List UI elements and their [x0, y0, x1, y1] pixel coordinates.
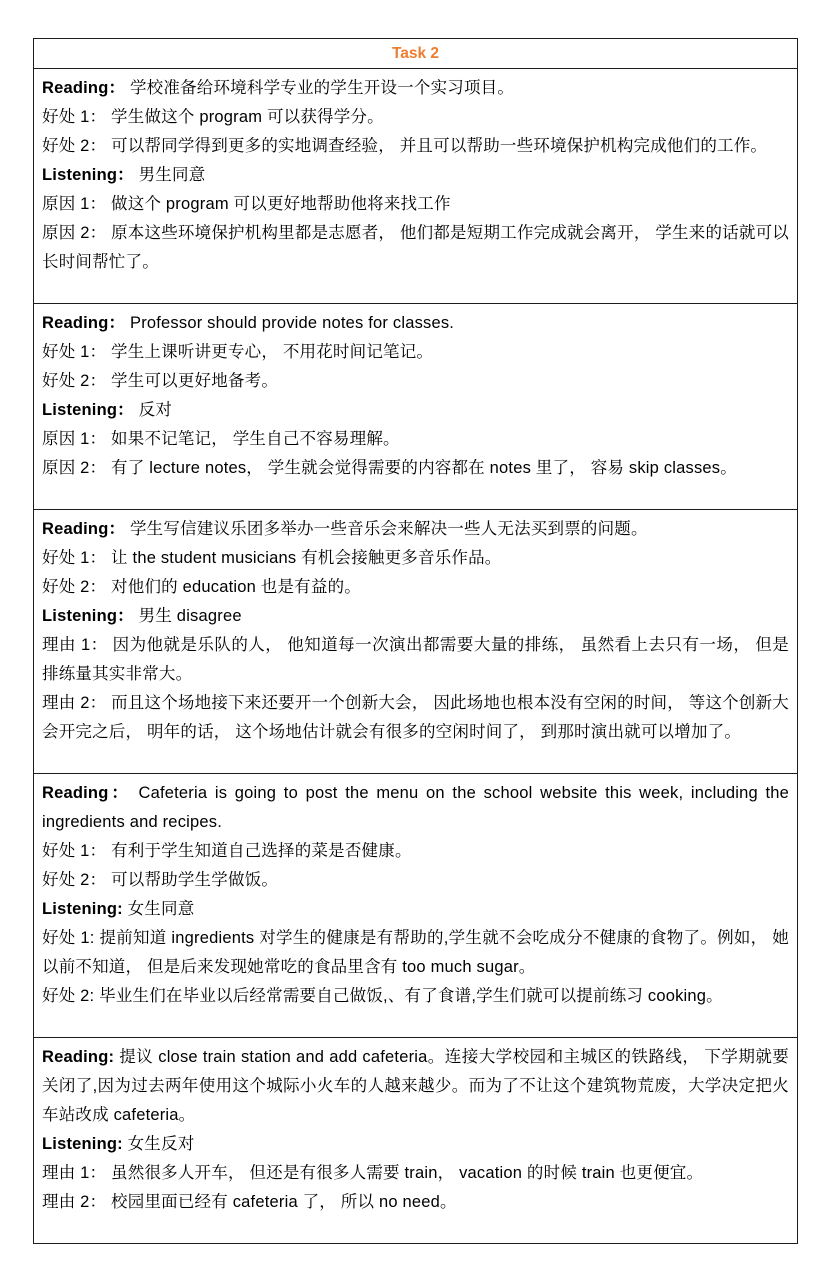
paragraph-label: Listening：: [42, 166, 134, 184]
paragraph-text: 原因 2： 原本这些环境保护机构里都是志愿者， 他们都是短期工作完成就会离开， …: [42, 224, 789, 271]
paragraph-text: 好处 1： 有利于学生知道自己选择的菜是否健康。: [42, 842, 412, 860]
paragraph: 好处 2： 学生可以更好地备考。: [42, 367, 789, 396]
paragraph: 原因 1： 如果不记笔记， 学生自己不容易理解。: [42, 425, 789, 454]
paragraph: Reading： 学校准备给环境科学专业的学生开设一个实习项目。: [42, 74, 789, 103]
paragraph-label: Reading：: [42, 784, 131, 802]
paragraph: 理由 1： 因为他就是乐队的人， 他知道每一次演出都需要大量的排练， 虽然看上去…: [42, 631, 789, 689]
paragraph-text: 学生写信建议乐团多举办一些音乐会来解决一些人无法买到票的问题。: [125, 520, 647, 538]
sections-container: Reading： 学校准备给环境科学专业的学生开设一个实习项目。好处 1： 学生…: [34, 69, 797, 1243]
paragraph-text: 女生反对: [123, 1135, 195, 1153]
paragraph-text: 男生同意: [134, 166, 206, 184]
paragraph-label: Listening:: [42, 900, 123, 918]
paragraph-text: 好处 2： 可以帮助学生学做饭。: [42, 871, 278, 889]
paragraph: 理由 1： 虽然很多人开车， 但还是有很多人需要 train， vacation…: [42, 1159, 789, 1188]
section-row: Reading： 学校准备给环境科学专业的学生开设一个实习项目。好处 1： 学生…: [34, 69, 797, 304]
paragraph: 好处 1： 让 the student musicians 有机会接触更多音乐作…: [42, 544, 789, 573]
paragraph-label: Listening：: [42, 401, 134, 419]
paragraph-text: 好处 1： 学生上课听讲更专心， 不用花时间记笔记。: [42, 343, 433, 361]
task-title: Task 2: [392, 45, 439, 63]
paragraph: 好处 2： 对他们的 education 也是有益的。: [42, 573, 789, 602]
paragraph-label: Reading：: [42, 520, 125, 538]
paragraph: Reading: 提议 close train station and add …: [42, 1043, 789, 1130]
paragraph-label: Listening:: [42, 1135, 123, 1153]
paragraph-text: 男生 disagree: [134, 607, 242, 625]
paragraph: 好处 1： 学生上课听讲更专心， 不用花时间记笔记。: [42, 338, 789, 367]
paragraph: 好处 2: 毕业生们在毕业以后经常需要自己做饭,、有了食谱,学生们就可以提前练习…: [42, 982, 789, 1011]
paragraph: 好处 1： 有利于学生知道自己选择的菜是否健康。: [42, 837, 789, 866]
paragraph-text: 好处 2： 学生可以更好地备考。: [42, 372, 278, 390]
paragraph: 原因 1： 做这个 program 可以更好地帮助他将来找工作: [42, 190, 789, 219]
paragraph: 理由 2： 校园里面已经有 cafeteria 了， 所以 no need。: [42, 1188, 789, 1217]
paragraph-text: Cafeteria is going to post the menu on t…: [42, 784, 789, 831]
paragraph: Reading： 学生写信建议乐团多举办一些音乐会来解决一些人无法买到票的问题。: [42, 515, 789, 544]
paragraph: 原因 2： 有了 lecture notes， 学生就会觉得需要的内容都在 no…: [42, 454, 789, 483]
paragraph: 好处 2： 可以帮同学得到更多的实地调查经验， 并且可以帮助一些环境保护机构完成…: [42, 132, 789, 161]
paragraph-text: 好处 2： 对他们的 education 也是有益的。: [42, 578, 361, 596]
paragraph: 好处 1： 学生做这个 program 可以获得学分。: [42, 103, 789, 132]
paragraph: 原因 2： 原本这些环境保护机构里都是志愿者， 他们都是短期工作完成就会离开， …: [42, 219, 789, 277]
paragraph-text: 好处 1： 学生做这个 program 可以获得学分。: [42, 108, 384, 126]
task-header-row: Task 2: [34, 39, 797, 69]
paragraph-text: 理由 1： 虽然很多人开车， 但还是有很多人需要 train， vacation…: [42, 1164, 703, 1182]
paragraph-text: 提议 close train station and add cafeteria…: [42, 1048, 789, 1124]
paragraph-label: Listening：: [42, 607, 134, 625]
paragraph-text: 好处 2： 可以帮同学得到更多的实地调查经验， 并且可以帮助一些环境保护机构完成…: [42, 137, 767, 155]
paragraph: 理由 2： 而且这个场地接下来还要开一个创新大会， 因此场地也根本没有空闲的时间…: [42, 689, 789, 747]
paragraph-text: 理由 1： 因为他就是乐队的人， 他知道每一次演出都需要大量的排练， 虽然看上去…: [42, 636, 789, 683]
paragraph-text: 学校准备给环境科学专业的学生开设一个实习项目。: [125, 79, 514, 97]
paragraph-label: Reading：: [42, 79, 125, 97]
paragraph: Reading： Cafeteria is going to post the …: [42, 779, 789, 837]
paragraph-text: 原因 2： 有了 lecture notes， 学生就会觉得需要的内容都在 no…: [42, 459, 737, 477]
section-row: Reading： 学生写信建议乐团多举办一些音乐会来解决一些人无法买到票的问题。…: [34, 510, 797, 774]
paragraph-text: 理由 2： 而且这个场地接下来还要开一个创新大会， 因此场地也根本没有空闲的时间…: [42, 694, 789, 741]
task-table: Task 2 Reading： 学校准备给环境科学专业的学生开设一个实习项目。好…: [33, 38, 798, 1244]
paragraph: Listening: 女生同意: [42, 895, 789, 924]
section-row: Reading： Cafeteria is going to post the …: [34, 774, 797, 1038]
paragraph-text: Professor should provide notes for class…: [125, 314, 454, 332]
paragraph-text: 反对: [134, 401, 172, 419]
paragraph-text: 好处 1: 提前知道 ingredients 对学生的健康是有帮助的,学生就不会…: [42, 929, 789, 976]
section-row: Reading: 提议 close train station and add …: [34, 1038, 797, 1243]
paragraph: Reading： Professor should provide notes …: [42, 309, 789, 338]
paragraph: Listening: 女生反对: [42, 1130, 789, 1159]
paragraph-text: 好处 1： 让 the student musicians 有机会接触更多音乐作…: [42, 549, 502, 567]
paragraph: Listening： 反对: [42, 396, 789, 425]
paragraph-text: 原因 1： 如果不记笔记， 学生自己不容易理解。: [42, 430, 400, 448]
paragraph: 好处 1: 提前知道 ingredients 对学生的健康是有帮助的,学生就不会…: [42, 924, 789, 982]
paragraph-text: 理由 2： 校园里面已经有 cafeteria 了， 所以 no need。: [42, 1193, 457, 1211]
paragraph-text: 好处 2: 毕业生们在毕业以后经常需要自己做饭,、有了食谱,学生们就可以提前练习…: [42, 987, 723, 1005]
paragraph-text: 女生同意: [123, 900, 195, 918]
paragraph-text: 原因 1： 做这个 program 可以更好地帮助他将来找工作: [42, 195, 451, 213]
paragraph: 好处 2： 可以帮助学生学做饭。: [42, 866, 789, 895]
paragraph-label: Reading：: [42, 314, 125, 332]
paragraph: Listening： 男生同意: [42, 161, 789, 190]
paragraph-label: Reading:: [42, 1048, 114, 1066]
section-row: Reading： Professor should provide notes …: [34, 304, 797, 510]
paragraph: Listening： 男生 disagree: [42, 602, 789, 631]
